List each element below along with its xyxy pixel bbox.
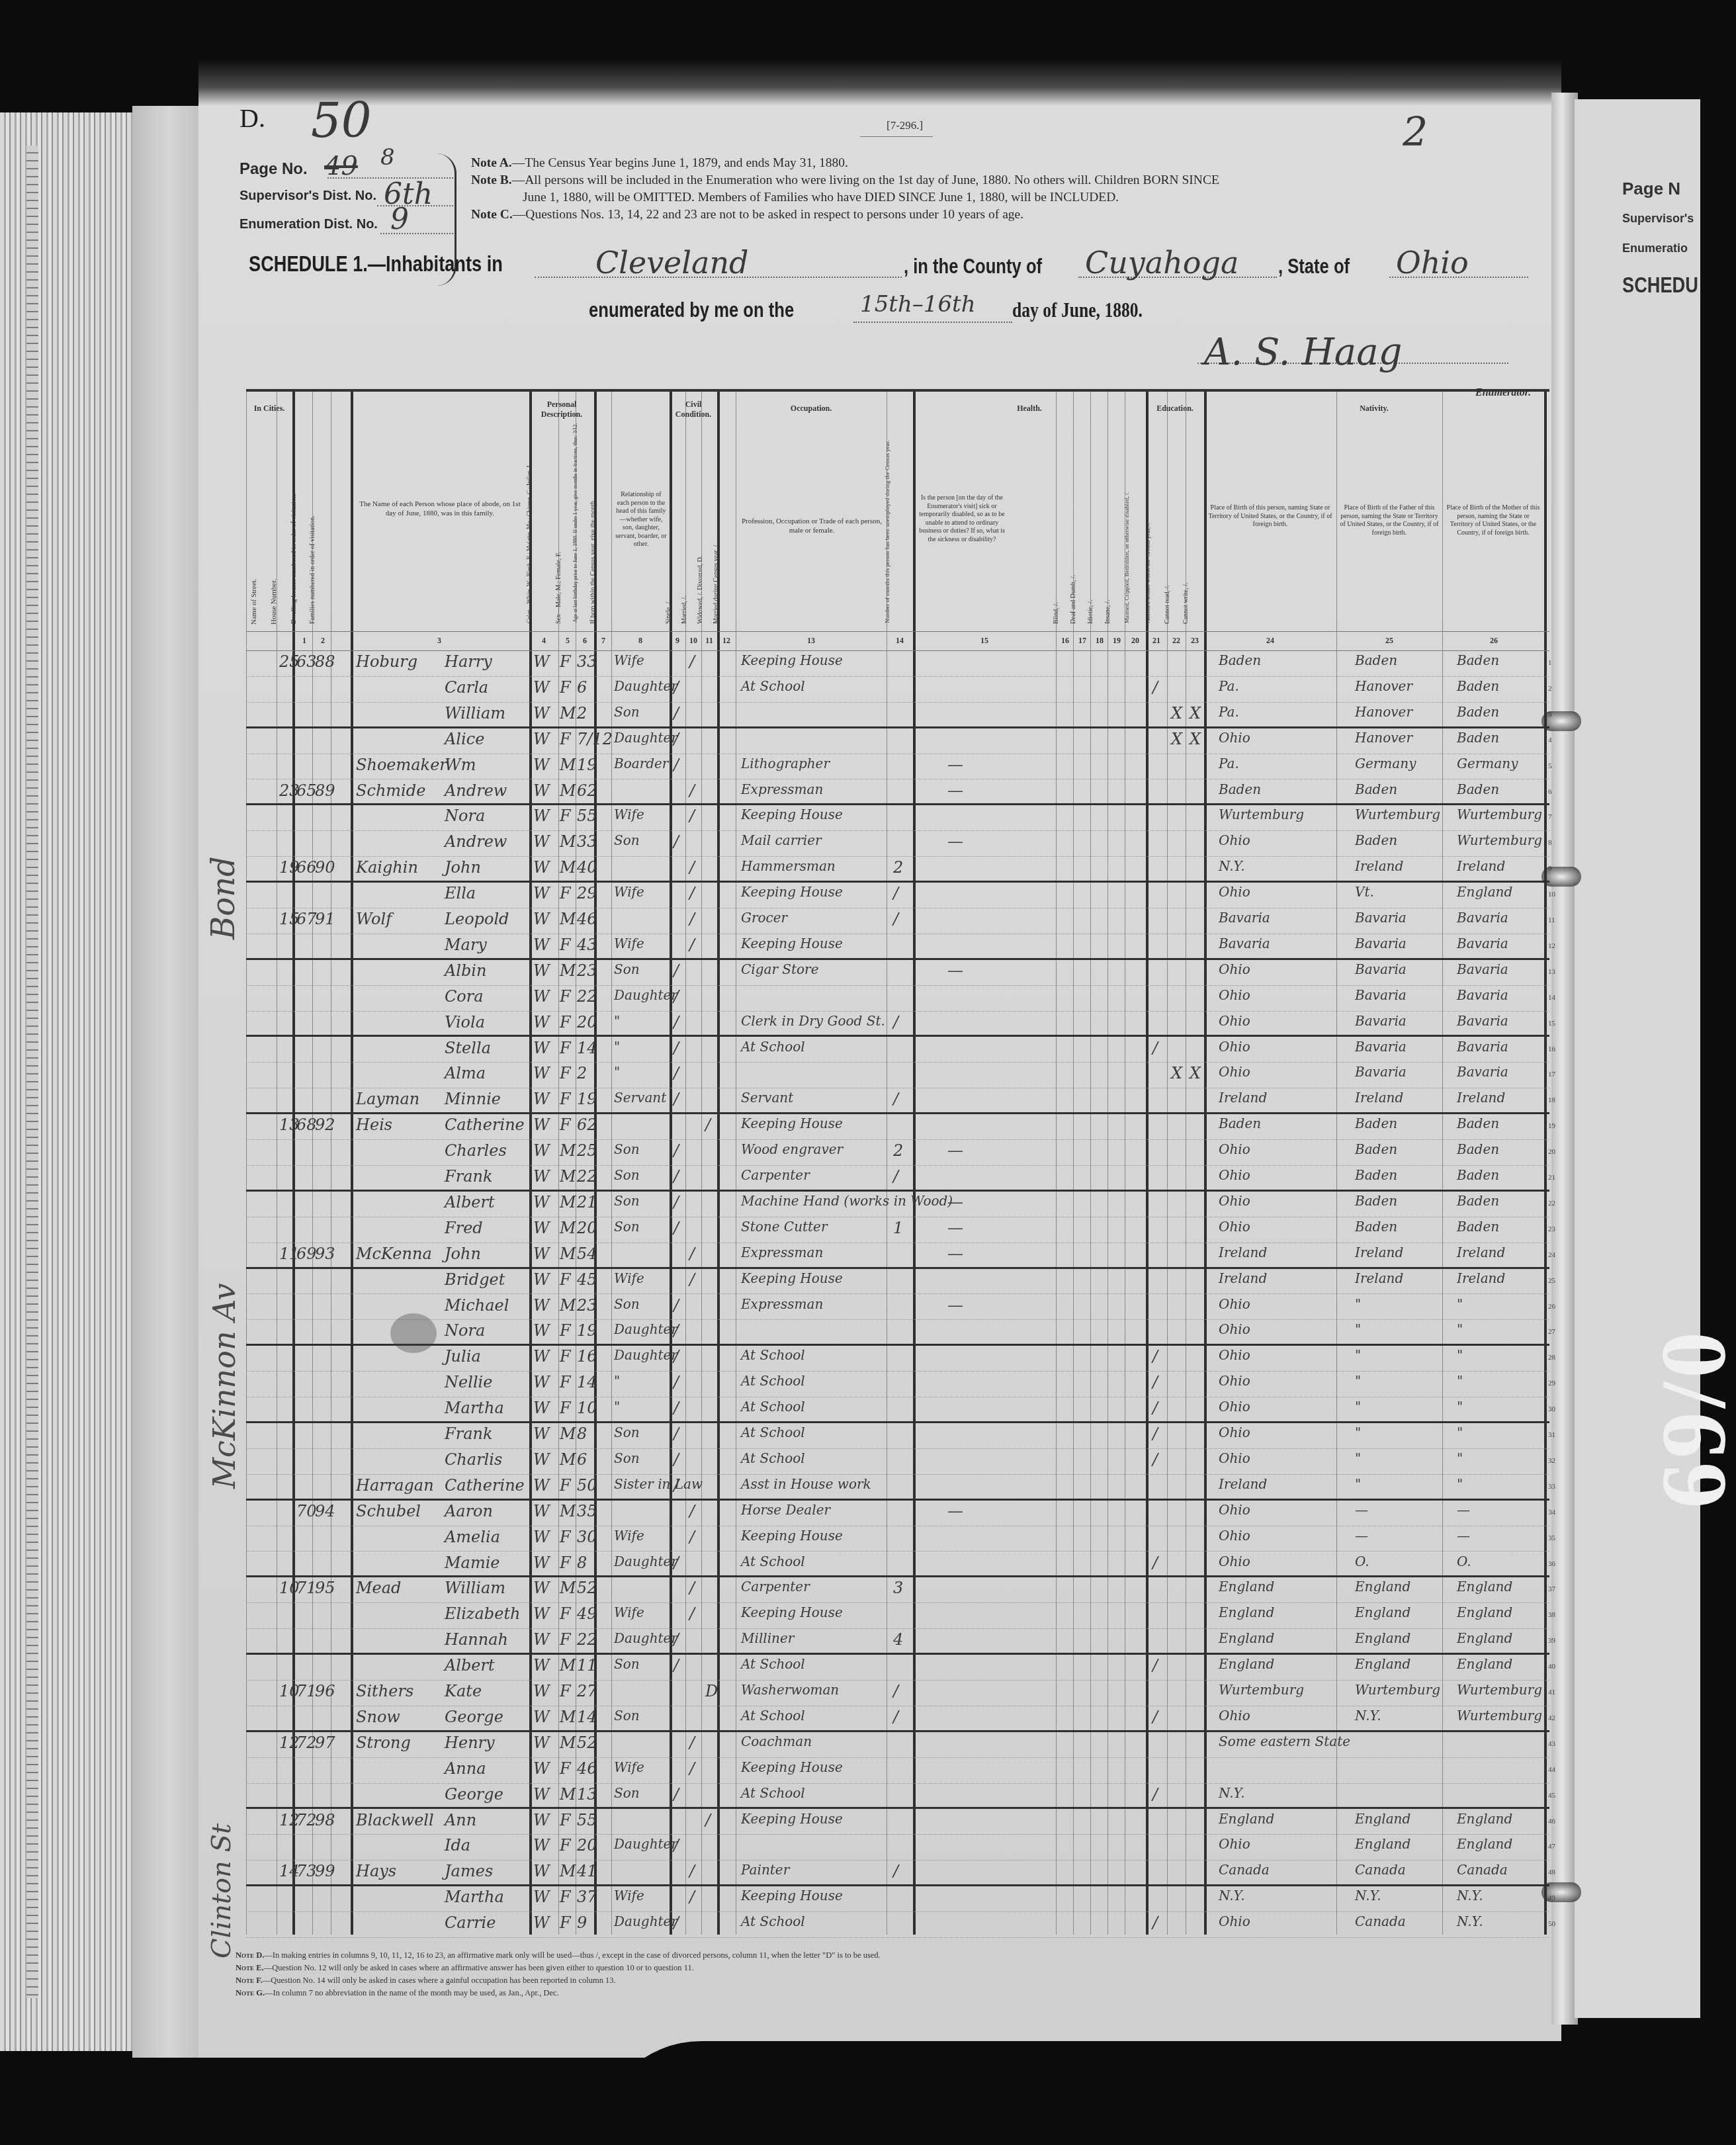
mother-birthplace-cell: Baden xyxy=(1457,652,1499,668)
color-cell: W xyxy=(533,936,550,954)
adjacent-page xyxy=(1575,99,1707,2018)
months-unemployed-cell: / xyxy=(893,884,898,902)
line-number: 18 xyxy=(1548,1096,1555,1104)
table-row: AlbertWM21Son/Machine Hand (works in Woo… xyxy=(246,1192,1549,1217)
sex-cell: F xyxy=(560,1913,571,1932)
family-number-cell: 92 xyxy=(315,1116,335,1134)
birthplace-cell: Ohio xyxy=(1219,832,1250,848)
table-row: NoraWF55Wife/Keeping HouseWurtemburgWurt… xyxy=(246,805,1549,831)
months-unemployed-cell: / xyxy=(893,1167,898,1186)
table-row: MichaelWM23Son/Expressman—Ohio""26 xyxy=(246,1295,1549,1321)
single-mark-cell: / xyxy=(673,1476,679,1495)
family-number-cell: 98 xyxy=(315,1811,335,1829)
attended-school-cell: / xyxy=(1152,1399,1158,1417)
street-annotation: Bond xyxy=(205,856,242,940)
table-row: ViolaWF20"/Clerk in Dry Good St./OhioBav… xyxy=(246,1012,1549,1037)
book-shadow xyxy=(595,2041,1561,2145)
sex-cell: F xyxy=(560,936,571,954)
attended-school-cell: / xyxy=(1152,1347,1158,1366)
sex-cell: F xyxy=(560,1888,571,1906)
line-number: 40 xyxy=(1548,1663,1555,1671)
occupation-cell: Lithographer xyxy=(741,756,830,771)
line-number: 25 xyxy=(1548,1277,1555,1285)
months-unemployed-cell: / xyxy=(893,1682,898,1700)
line-number: 12 xyxy=(1548,942,1555,950)
birthplace-cell: Ohio xyxy=(1219,1528,1250,1544)
birthplace-cell: England xyxy=(1219,1656,1274,1672)
sickness-cell: — xyxy=(947,832,963,851)
mother-birthplace-cell: Germany xyxy=(1457,756,1518,771)
sickness-cell: — xyxy=(947,756,963,774)
table-row: AnnaWF46Wife/Keeping House44 xyxy=(246,1758,1549,1784)
given-name-cell: Martha xyxy=(445,1888,504,1906)
age-cell: 10 xyxy=(577,1399,597,1417)
occupation-cell: Coachman xyxy=(741,1733,812,1749)
single-mark-cell: / xyxy=(673,1424,679,1443)
given-name-cell: Frank xyxy=(445,1167,492,1186)
birthplace-cell: Ohio xyxy=(1219,987,1250,1003)
surname-cell: Layman xyxy=(356,1090,419,1108)
father-birthplace-cell: " xyxy=(1355,1424,1361,1440)
given-name-cell: Anna xyxy=(445,1759,486,1778)
line-number: 21 xyxy=(1548,1174,1555,1182)
table-row: FrankWM22Son/Carpenter/OhioBadenBaden21 xyxy=(246,1166,1549,1192)
color-cell: W xyxy=(533,1708,550,1726)
single-mark-cell: / xyxy=(673,1656,679,1675)
birthplace-cell: Ohio xyxy=(1219,1399,1250,1415)
sex-cell: M xyxy=(560,1733,576,1752)
given-name-cell: Mamie xyxy=(445,1554,500,1572)
sex-cell: F xyxy=(560,1347,571,1366)
line-number: 2 xyxy=(1548,685,1552,693)
single-mark-cell: / xyxy=(673,961,679,980)
sex-cell: M xyxy=(560,910,576,928)
married-mark-cell: / xyxy=(689,1579,695,1597)
ink-blot xyxy=(390,1313,437,1353)
color-cell: W xyxy=(533,910,550,928)
family-number-cell: 99 xyxy=(315,1862,335,1880)
given-name-cell: Aaron xyxy=(445,1502,493,1520)
binder-spine xyxy=(1551,93,1578,2025)
footnotes: Note D.—In making entries in columns 9, … xyxy=(236,1949,881,1999)
line-number: 45 xyxy=(1548,1792,1555,1800)
age-cell: 46 xyxy=(577,910,597,928)
given-name-cell: Julia xyxy=(445,1347,481,1366)
birthplace-cell: N.Y. xyxy=(1219,1888,1245,1904)
relationship-cell: " xyxy=(614,1013,620,1029)
header-sex: Sex—Male, M.; Female, F. xyxy=(555,552,562,624)
age-cell: 2 xyxy=(577,1064,587,1082)
married-mark-cell: / xyxy=(689,910,695,928)
relationship-cell: " xyxy=(614,1039,620,1055)
father-birthplace-cell: Baden xyxy=(1355,1167,1397,1183)
relationship-cell: Son xyxy=(614,1785,640,1801)
attended-school-cell: / xyxy=(1152,1450,1158,1469)
relationship-cell: Son xyxy=(614,1167,640,1183)
enumeration-label: Enumeration Dist. No. xyxy=(239,217,378,232)
age-cell: 25 xyxy=(577,1141,597,1160)
line-number: 22 xyxy=(1548,1200,1555,1207)
line-number: 11 xyxy=(1548,916,1555,924)
dwelling-number-cell: 69 xyxy=(296,1245,317,1263)
line-number: 5 xyxy=(1548,762,1552,770)
given-name-cell: Hannah xyxy=(445,1630,508,1649)
sex-cell: F xyxy=(560,1811,571,1829)
street-annotation: Clinton St xyxy=(206,1823,237,1958)
single-mark-cell: / xyxy=(673,1450,679,1469)
table-row: AlbertWM11Son/At School/EnglandEnglandEn… xyxy=(246,1655,1549,1681)
age-cell: 19 xyxy=(577,1321,597,1340)
header-sickness: Is the person [on the day of the Enumera… xyxy=(916,494,1008,544)
single-mark-cell: / xyxy=(673,1296,679,1315)
surname-cell: Hays xyxy=(356,1862,396,1880)
occupation-cell: Clerk in Dry Good St. xyxy=(741,1013,885,1029)
cannot-read-cell: X xyxy=(1171,1064,1182,1082)
attended-school-cell: / xyxy=(1152,1424,1158,1443)
enumerator-signature: A. S. Haag xyxy=(1204,331,1402,374)
birthplace-cell: Ohio xyxy=(1219,1450,1250,1466)
header-health: Health. xyxy=(913,404,1146,414)
table-row: StellaWF14"/At School/OhioBavariaBavaria… xyxy=(246,1037,1549,1063)
relationship-cell: Daughter xyxy=(614,678,677,694)
given-name-cell: Amelia xyxy=(445,1528,500,1546)
age-cell: 52 xyxy=(577,1579,597,1597)
line-number: 3 xyxy=(1548,711,1552,719)
birthplace-cell: Baden xyxy=(1219,1116,1261,1131)
mother-birthplace-cell: " xyxy=(1457,1296,1463,1312)
color-cell: W xyxy=(533,1733,550,1752)
surname-cell: Sithers xyxy=(356,1682,413,1700)
occupation-cell: Expressman xyxy=(741,781,823,797)
relationship-cell: Son xyxy=(614,1450,640,1466)
adjacent-supervisor-label: Supervisor's xyxy=(1622,212,1694,226)
given-name-cell: William xyxy=(445,1579,505,1597)
occupation-cell: At School xyxy=(741,1373,805,1389)
birthplace-cell: Ohio xyxy=(1219,1836,1250,1852)
occupation-cell: Painter xyxy=(741,1862,789,1878)
county-label: , in the County of xyxy=(904,254,1042,279)
age-cell: 52 xyxy=(577,1733,597,1752)
mother-birthplace-cell: Baden xyxy=(1457,1167,1499,1183)
family-number-cell: 91 xyxy=(315,910,335,928)
relationship-cell: Son xyxy=(614,1708,640,1724)
father-birthplace-cell: " xyxy=(1355,1450,1361,1466)
occupation-cell: Cigar Store xyxy=(741,961,819,977)
color-cell: W xyxy=(533,858,550,877)
table-row: MarthaWF37Wife/Keeping HouseN.Y.N.Y.N.Y.… xyxy=(246,1886,1549,1912)
table-row: 127297StrongHenryWM52/CoachmanSome easte… xyxy=(246,1732,1549,1758)
note-e: Note E.—Question No. 12 will only be ask… xyxy=(236,1962,881,1974)
sex-cell: F xyxy=(560,1528,571,1546)
color-cell: W xyxy=(533,1270,550,1289)
mother-birthplace-cell: England xyxy=(1457,1836,1512,1852)
sex-cell: F xyxy=(560,1604,571,1623)
birthplace-cell: Ohio xyxy=(1219,1424,1250,1440)
occupation-cell: Grocer xyxy=(741,910,787,926)
age-cell: 19 xyxy=(577,1090,597,1108)
dwelling-number-cell: 63 xyxy=(296,652,317,671)
birthplace-cell: Ireland xyxy=(1219,1245,1267,1260)
header-attended-school: Attended school within the Census year, … xyxy=(1145,523,1151,623)
single-mark-cell: / xyxy=(673,987,679,1006)
header-education: Education. xyxy=(1146,404,1204,414)
line-number: 34 xyxy=(1548,1509,1555,1516)
father-birthplace-cell: England xyxy=(1355,1836,1410,1852)
cannot-write-cell: X xyxy=(1190,730,1201,748)
county-value: Cuyahoga xyxy=(1085,245,1238,281)
supervisor-label: Supervisor's Dist. No. xyxy=(239,189,376,204)
header-married: Married, /. xyxy=(681,596,688,625)
form-number: [7-296.] xyxy=(887,119,923,132)
cannot-write-cell: X xyxy=(1190,1064,1201,1082)
color-cell: W xyxy=(533,1321,550,1340)
mother-birthplace-cell: Bavaria xyxy=(1457,910,1508,926)
table-row: CarrieWF9Daughter/At School/OhioCanadaN.… xyxy=(246,1912,1549,1938)
dwelling-number-cell: 72 xyxy=(296,1733,317,1752)
mother-birthplace-cell: Wurtemburg xyxy=(1457,1708,1542,1724)
enumerated-label: enumerated by me on the xyxy=(589,298,794,322)
color-cell: W xyxy=(533,652,550,671)
header-civil: Civil Condition. xyxy=(670,400,717,419)
line-number: 15 xyxy=(1548,1020,1555,1028)
age-cell: 46 xyxy=(577,1759,597,1778)
sickness-cell: — xyxy=(947,1193,963,1211)
relationship-cell: " xyxy=(614,1064,620,1080)
surname-cell: Hoburg xyxy=(356,652,417,671)
given-name-cell: Andrew xyxy=(445,781,507,800)
sex-cell: M xyxy=(560,1296,576,1315)
birthplace-cell: Ohio xyxy=(1219,1193,1250,1209)
given-name-cell: Bridget xyxy=(445,1270,505,1289)
sex-cell: M xyxy=(560,1167,576,1186)
father-birthplace-cell: " xyxy=(1355,1399,1361,1415)
color-cell: W xyxy=(533,1836,550,1855)
birthplace-cell: Ohio xyxy=(1219,1039,1250,1055)
color-cell: W xyxy=(533,1450,550,1469)
mother-birthplace-cell: Baden xyxy=(1457,1141,1499,1157)
sex-cell: M xyxy=(560,1219,576,1237)
cannot-read-cell: X xyxy=(1171,730,1182,748)
family-number-cell: 96 xyxy=(315,1682,335,1700)
dwelling-number-cell: 67 xyxy=(296,910,317,928)
line-number: 36 xyxy=(1548,1560,1555,1568)
birthplace-cell: Ohio xyxy=(1219,730,1250,746)
color-cell: W xyxy=(533,704,550,722)
table-row: NellieWF14"/At School/Ohio""29 xyxy=(246,1372,1549,1397)
state-value: Ohio xyxy=(1396,245,1469,281)
occupation-cell: Stone Cutter xyxy=(741,1219,828,1235)
color-cell: W xyxy=(533,1424,550,1443)
surname-cell: Kaighin xyxy=(356,858,418,877)
relationship-cell: Daughter xyxy=(614,1913,677,1929)
film-border xyxy=(1700,0,1736,2145)
table-row: ElizabethWF49Wife/Keeping HouseEnglandEn… xyxy=(246,1603,1549,1629)
age-cell: 6 xyxy=(577,1450,587,1469)
line-number: 50 xyxy=(1548,1920,1555,1928)
color-cell: W xyxy=(533,1913,550,1932)
mother-birthplace-cell: Bavaria xyxy=(1457,987,1508,1003)
census-table: In Cities. Personal Description. Civil C… xyxy=(246,389,1549,1935)
table-row: ShoemakerWmWM19Boarder/Lithographer—Pa.G… xyxy=(246,754,1549,780)
color-cell: W xyxy=(533,1090,550,1108)
color-cell: W xyxy=(533,1759,550,1778)
occupation-cell: Keeping House xyxy=(741,1270,843,1286)
occupation-cell: Keeping House xyxy=(741,1604,843,1620)
family-number-cell: 89 xyxy=(315,781,335,800)
single-mark-cell: / xyxy=(673,1913,679,1932)
father-birthplace-cell: Baden xyxy=(1355,1219,1397,1235)
age-cell: 50 xyxy=(577,1476,597,1495)
table-row: JuliaWF16Daughter/At School/Ohio""28 xyxy=(246,1346,1549,1372)
surname-cell: Snow xyxy=(356,1708,400,1726)
father-birthplace-cell: Hanover xyxy=(1355,730,1412,746)
father-birthplace-cell: N.Y. xyxy=(1355,1708,1381,1724)
color-cell: W xyxy=(533,1785,550,1804)
birthplace-cell: Ohio xyxy=(1219,1064,1250,1080)
color-cell: W xyxy=(533,730,550,748)
sickness-cell: — xyxy=(947,781,963,800)
occupation-cell: Mail carrier xyxy=(741,832,822,848)
header-cannot-write: Cannot write, /. xyxy=(1182,583,1190,624)
single-mark-cell: / xyxy=(673,1039,679,1057)
line-number: 47 xyxy=(1548,1843,1555,1851)
relationship-cell: Son xyxy=(614,704,640,720)
occupation-cell: Keeping House xyxy=(741,1811,843,1827)
occupation-cell: Keeping House xyxy=(741,807,843,822)
sex-cell: M xyxy=(560,1579,576,1597)
birthplace-cell: N.Y. xyxy=(1219,1785,1245,1801)
surname-cell: Schubel xyxy=(356,1502,421,1520)
given-name-cell: George xyxy=(445,1708,503,1726)
birthplace-cell: Ohio xyxy=(1219,1167,1250,1183)
occupation-cell: Horse Dealer xyxy=(741,1502,830,1518)
note-c: Note C.—Questions Nos. 13, 14, 22 and 23… xyxy=(471,208,1023,222)
given-name-cell: Alma xyxy=(445,1064,486,1082)
married-mark-cell: / xyxy=(689,1604,695,1623)
sex-cell: F xyxy=(560,1554,571,1572)
father-birthplace-cell: " xyxy=(1355,1476,1361,1492)
color-cell: W xyxy=(533,678,550,697)
header-color: Color—White, W.; Black, B.; Mulatto, Mu.… xyxy=(525,464,532,623)
color-cell: W xyxy=(533,1219,550,1237)
occupation-cell: At School xyxy=(741,1399,805,1415)
father-birthplace-cell: Bavaria xyxy=(1355,1013,1407,1029)
surname-cell: Heis xyxy=(356,1116,392,1134)
line-number: 49 xyxy=(1548,1894,1555,1902)
given-name-cell: Carla xyxy=(445,678,488,697)
relationship-cell: Wife xyxy=(614,1759,644,1775)
line-number: 35 xyxy=(1548,1534,1555,1542)
occupation-cell: At School xyxy=(741,1708,805,1724)
relationship-cell: Wife xyxy=(614,1528,644,1544)
father-birthplace-cell: " xyxy=(1355,1373,1361,1389)
father-birthplace-cell: Baden xyxy=(1355,832,1397,848)
relationship-cell: Son xyxy=(614,1193,640,1209)
page-no-struck: 49 xyxy=(324,151,358,181)
mother-birthplace-cell: England xyxy=(1457,1579,1512,1595)
given-name-cell: James xyxy=(445,1862,493,1880)
age-cell: 23 xyxy=(577,961,597,980)
color-cell: W xyxy=(533,1116,550,1134)
given-name-cell: Kate xyxy=(445,1682,482,1700)
mother-birthplace-cell: " xyxy=(1457,1347,1463,1363)
occupation-cell: Keeping House xyxy=(741,652,843,668)
header-mother-birthplace: Place of Birth of the Mother of this per… xyxy=(1445,504,1541,537)
mother-birthplace-cell: Wurtemburg xyxy=(1457,807,1542,822)
months-unemployed-cell: 2 xyxy=(893,1141,903,1160)
mother-birthplace-cell: " xyxy=(1457,1399,1463,1415)
age-cell: 2 xyxy=(577,704,587,722)
occupation-cell: At School xyxy=(741,1785,805,1801)
relationship-cell: Son xyxy=(614,1424,640,1440)
relationship-cell: Son xyxy=(614,1656,640,1672)
sex-cell: M xyxy=(560,1245,576,1263)
mother-birthplace-cell: Ireland xyxy=(1457,1090,1505,1106)
family-number-cell: 97 xyxy=(315,1733,335,1752)
given-name-cell: Charlis xyxy=(445,1450,502,1469)
color-cell: W xyxy=(533,1579,550,1597)
line-number: 23 xyxy=(1548,1225,1555,1233)
table-row: CharlesWM25Son/Wood engraver2—OhioBadenB… xyxy=(246,1140,1549,1166)
header-name: The Name of each Person whose place of a… xyxy=(357,500,523,519)
sex-cell: F xyxy=(560,1116,571,1134)
table-row: 7094SchubelAaronWM35/Horse Dealer—Ohio——… xyxy=(246,1501,1549,1526)
father-birthplace-cell: Bavaria xyxy=(1355,1064,1407,1080)
age-cell: 21 xyxy=(577,1193,597,1211)
birthplace-cell: Ohio xyxy=(1219,1296,1250,1312)
relationship-cell: Son xyxy=(614,1296,640,1312)
table-row: AlmaWF2"/XXOhioBavariaBavaria17 xyxy=(246,1063,1549,1088)
line-number: 26 xyxy=(1548,1303,1555,1311)
table-row: 116993McKennaJohnWM54/Expressman—Ireland… xyxy=(246,1243,1549,1269)
sex-cell: M xyxy=(560,1785,576,1804)
color-cell: W xyxy=(533,1039,550,1057)
mother-birthplace-cell: Bavaria xyxy=(1457,1039,1508,1055)
attended-school-cell: / xyxy=(1152,1554,1158,1572)
line-number: 7 xyxy=(1548,813,1552,821)
header-in-cities: In Cities. xyxy=(246,404,292,414)
mother-birthplace-cell: N.Y. xyxy=(1457,1913,1483,1929)
dwelling-number-cell: 70 xyxy=(296,1502,317,1520)
single-mark-cell: / xyxy=(673,1090,679,1108)
age-cell: 29 xyxy=(577,884,597,902)
sex-cell: F xyxy=(560,884,571,902)
months-unemployed-cell: 3 xyxy=(893,1579,903,1597)
age-cell: 19 xyxy=(577,756,597,774)
given-name-cell: George xyxy=(445,1785,503,1804)
table-row: BridgetWF45Wife/Keeping HouseIrelandIrel… xyxy=(246,1269,1549,1295)
married-mark-cell: / xyxy=(689,936,695,954)
surname-cell: Harragan xyxy=(356,1476,434,1495)
sex-cell: M xyxy=(560,1450,576,1469)
father-birthplace-cell: Hanover xyxy=(1355,704,1412,720)
sickness-cell: — xyxy=(947,1502,963,1520)
given-name-cell: Harry xyxy=(445,652,492,671)
color-cell: W xyxy=(533,1373,550,1391)
birthplace-cell: Ohio xyxy=(1219,1141,1250,1157)
given-name-cell: Andrew xyxy=(445,832,507,851)
table-row: AndrewWM33Son/Mail carrier—OhioBadenWurt… xyxy=(246,831,1549,857)
table-row: 107195MeadWilliamWM52/Carpenter3EnglandE… xyxy=(246,1577,1549,1603)
occupation-cell: Machine Hand (works in Wood) xyxy=(741,1193,953,1209)
table-row: FrankWM8Son/At School/Ohio""31 xyxy=(246,1423,1549,1449)
sex-cell: M xyxy=(560,756,576,774)
sex-cell: M xyxy=(560,1141,576,1160)
table-row: SnowGeorgeWM14SonAt School//OhioN.Y.Wurt… xyxy=(246,1706,1549,1732)
age-cell: 54 xyxy=(577,1245,597,1263)
header-idiotic: Idiotic, /. xyxy=(1087,600,1094,624)
relationship-cell: Wife xyxy=(614,1270,644,1286)
